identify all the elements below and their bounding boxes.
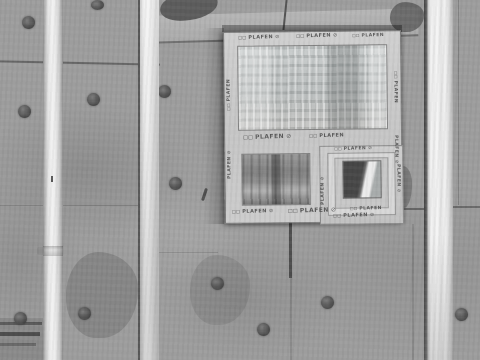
tape-brand-print: ◻◻ PLAFEN ⊘ xyxy=(243,134,291,141)
insulation-dowel xyxy=(321,296,334,309)
window-pane-bottom-left xyxy=(241,153,311,206)
insulation-seam xyxy=(158,252,218,253)
insulation-dowel xyxy=(87,93,100,106)
brand-cert-icon: ⊘ xyxy=(370,213,374,218)
insulation-seam xyxy=(0,60,160,65)
insulation-seam xyxy=(452,206,480,208)
brand-cert-icon: ⊘ xyxy=(333,33,337,38)
wall-damp-stain xyxy=(66,252,138,338)
tape-brand-print: ◻◻ PLAFEN xyxy=(350,207,382,212)
insulation-seam xyxy=(289,221,292,278)
brand-logo-icon: ◻◻ xyxy=(334,148,342,153)
insulation-dowel xyxy=(18,105,31,118)
tape-brand-print: ◻◻ PLAFEN xyxy=(309,133,344,139)
brand-logo-icon: ◻◻ xyxy=(309,134,317,139)
brand-cert-icon: ⊘ xyxy=(395,189,400,193)
vent-window-glass xyxy=(342,160,381,198)
reflection-dark-streak xyxy=(272,154,281,204)
insulation-seam xyxy=(458,0,459,205)
furring-profile-right xyxy=(424,0,453,360)
insulation-dowel xyxy=(22,16,35,29)
window-reveal-shadow xyxy=(204,28,224,224)
tape-brand-print: PLAFEN ⊘ xyxy=(322,177,327,205)
brand-cert-icon: ⊘ xyxy=(269,209,273,214)
insulation-dowel xyxy=(211,277,224,290)
brand-logo-icon: ◻◻ xyxy=(350,208,358,213)
insulation-seam xyxy=(412,224,414,360)
insulation-dowel xyxy=(257,323,270,336)
brand-logo-icon: ◻◻ xyxy=(333,214,341,219)
tape-brand-print: ◻◻ PLAFEN ⊘ xyxy=(238,35,279,41)
furring-profile-left xyxy=(138,0,159,360)
brand-logo-icon: ◻◻ xyxy=(243,135,253,141)
window: ◻◻ PLAFEN ⊘ ◻◻ PLAFEN ⊘ PLAFEN ⊘ PLAFEN … xyxy=(223,30,403,224)
downpipe-bracket xyxy=(37,247,44,255)
reflection-building-corner xyxy=(327,46,360,129)
wall-damp-stain xyxy=(190,255,250,325)
insulation-seam xyxy=(290,278,292,360)
brand-logo-icon: ◻◻ xyxy=(392,71,397,79)
tape-brand-print: PLAFEN ⊘ xyxy=(228,150,233,178)
insulation-dowel xyxy=(169,177,182,190)
brand-logo-icon: ◻◻ xyxy=(232,210,240,215)
tape-brand-print: ◻◻ PLAFEN ⊘ xyxy=(333,213,374,219)
tape-brand-print: ◻◻ PLAFEN ⊘ xyxy=(232,209,273,215)
tape-brand-print: ◻◻ PLAFEN xyxy=(227,79,232,111)
insulation-dowel xyxy=(455,308,468,321)
brand-cert-icon: ⊘ xyxy=(331,207,336,213)
brand-logo-icon: ◻◻ xyxy=(296,34,304,39)
brand-logo-icon: ◻◻ xyxy=(288,208,298,214)
tape-brand-print: ◻◻ PLAFEN xyxy=(352,34,384,39)
brand-logo-icon: ◻◻ xyxy=(352,35,360,40)
tape-brand-print: PLAFEN ⊘ xyxy=(395,164,400,192)
brand-cert-icon: ⊘ xyxy=(393,160,398,164)
downpipe xyxy=(43,0,63,360)
downpipe-coupling xyxy=(43,246,63,256)
brand-cert-icon: ⊘ xyxy=(286,134,291,140)
window-pane-top xyxy=(237,44,388,131)
tape-brand-print: ◻◻ PLAFEN ⊘ xyxy=(296,33,337,39)
insulation-dowel xyxy=(158,85,171,98)
reflection-light-column xyxy=(368,45,387,128)
brand-cert-icon: ⊘ xyxy=(368,147,372,152)
brand-cert-icon: ⊘ xyxy=(228,150,233,154)
brand-cert-icon: ⊘ xyxy=(275,35,279,40)
board-edge xyxy=(0,343,36,346)
insulation-seam xyxy=(0,205,138,206)
tape-brand-print: ◻◻ PLAFEN xyxy=(392,71,397,103)
insulation-dowel xyxy=(78,307,91,320)
downpipe-mark xyxy=(51,176,53,182)
construction-photo: ◻◻ PLAFEN ⊘ ◻◻ PLAFEN ⊘ PLAFEN ⊘ PLAFEN … xyxy=(0,0,480,360)
insulation-dowel xyxy=(14,312,27,325)
insulation-dowel xyxy=(91,0,104,10)
brand-logo-icon: ◻◻ xyxy=(228,103,233,111)
tape-brand-print: PLAFEN ⊘ xyxy=(393,135,398,163)
brand-logo-icon: ◻◻ xyxy=(238,36,246,41)
board-edge xyxy=(0,332,40,336)
reflection-light-column xyxy=(238,46,271,129)
brand-cert-icon: ⊘ xyxy=(322,177,327,181)
